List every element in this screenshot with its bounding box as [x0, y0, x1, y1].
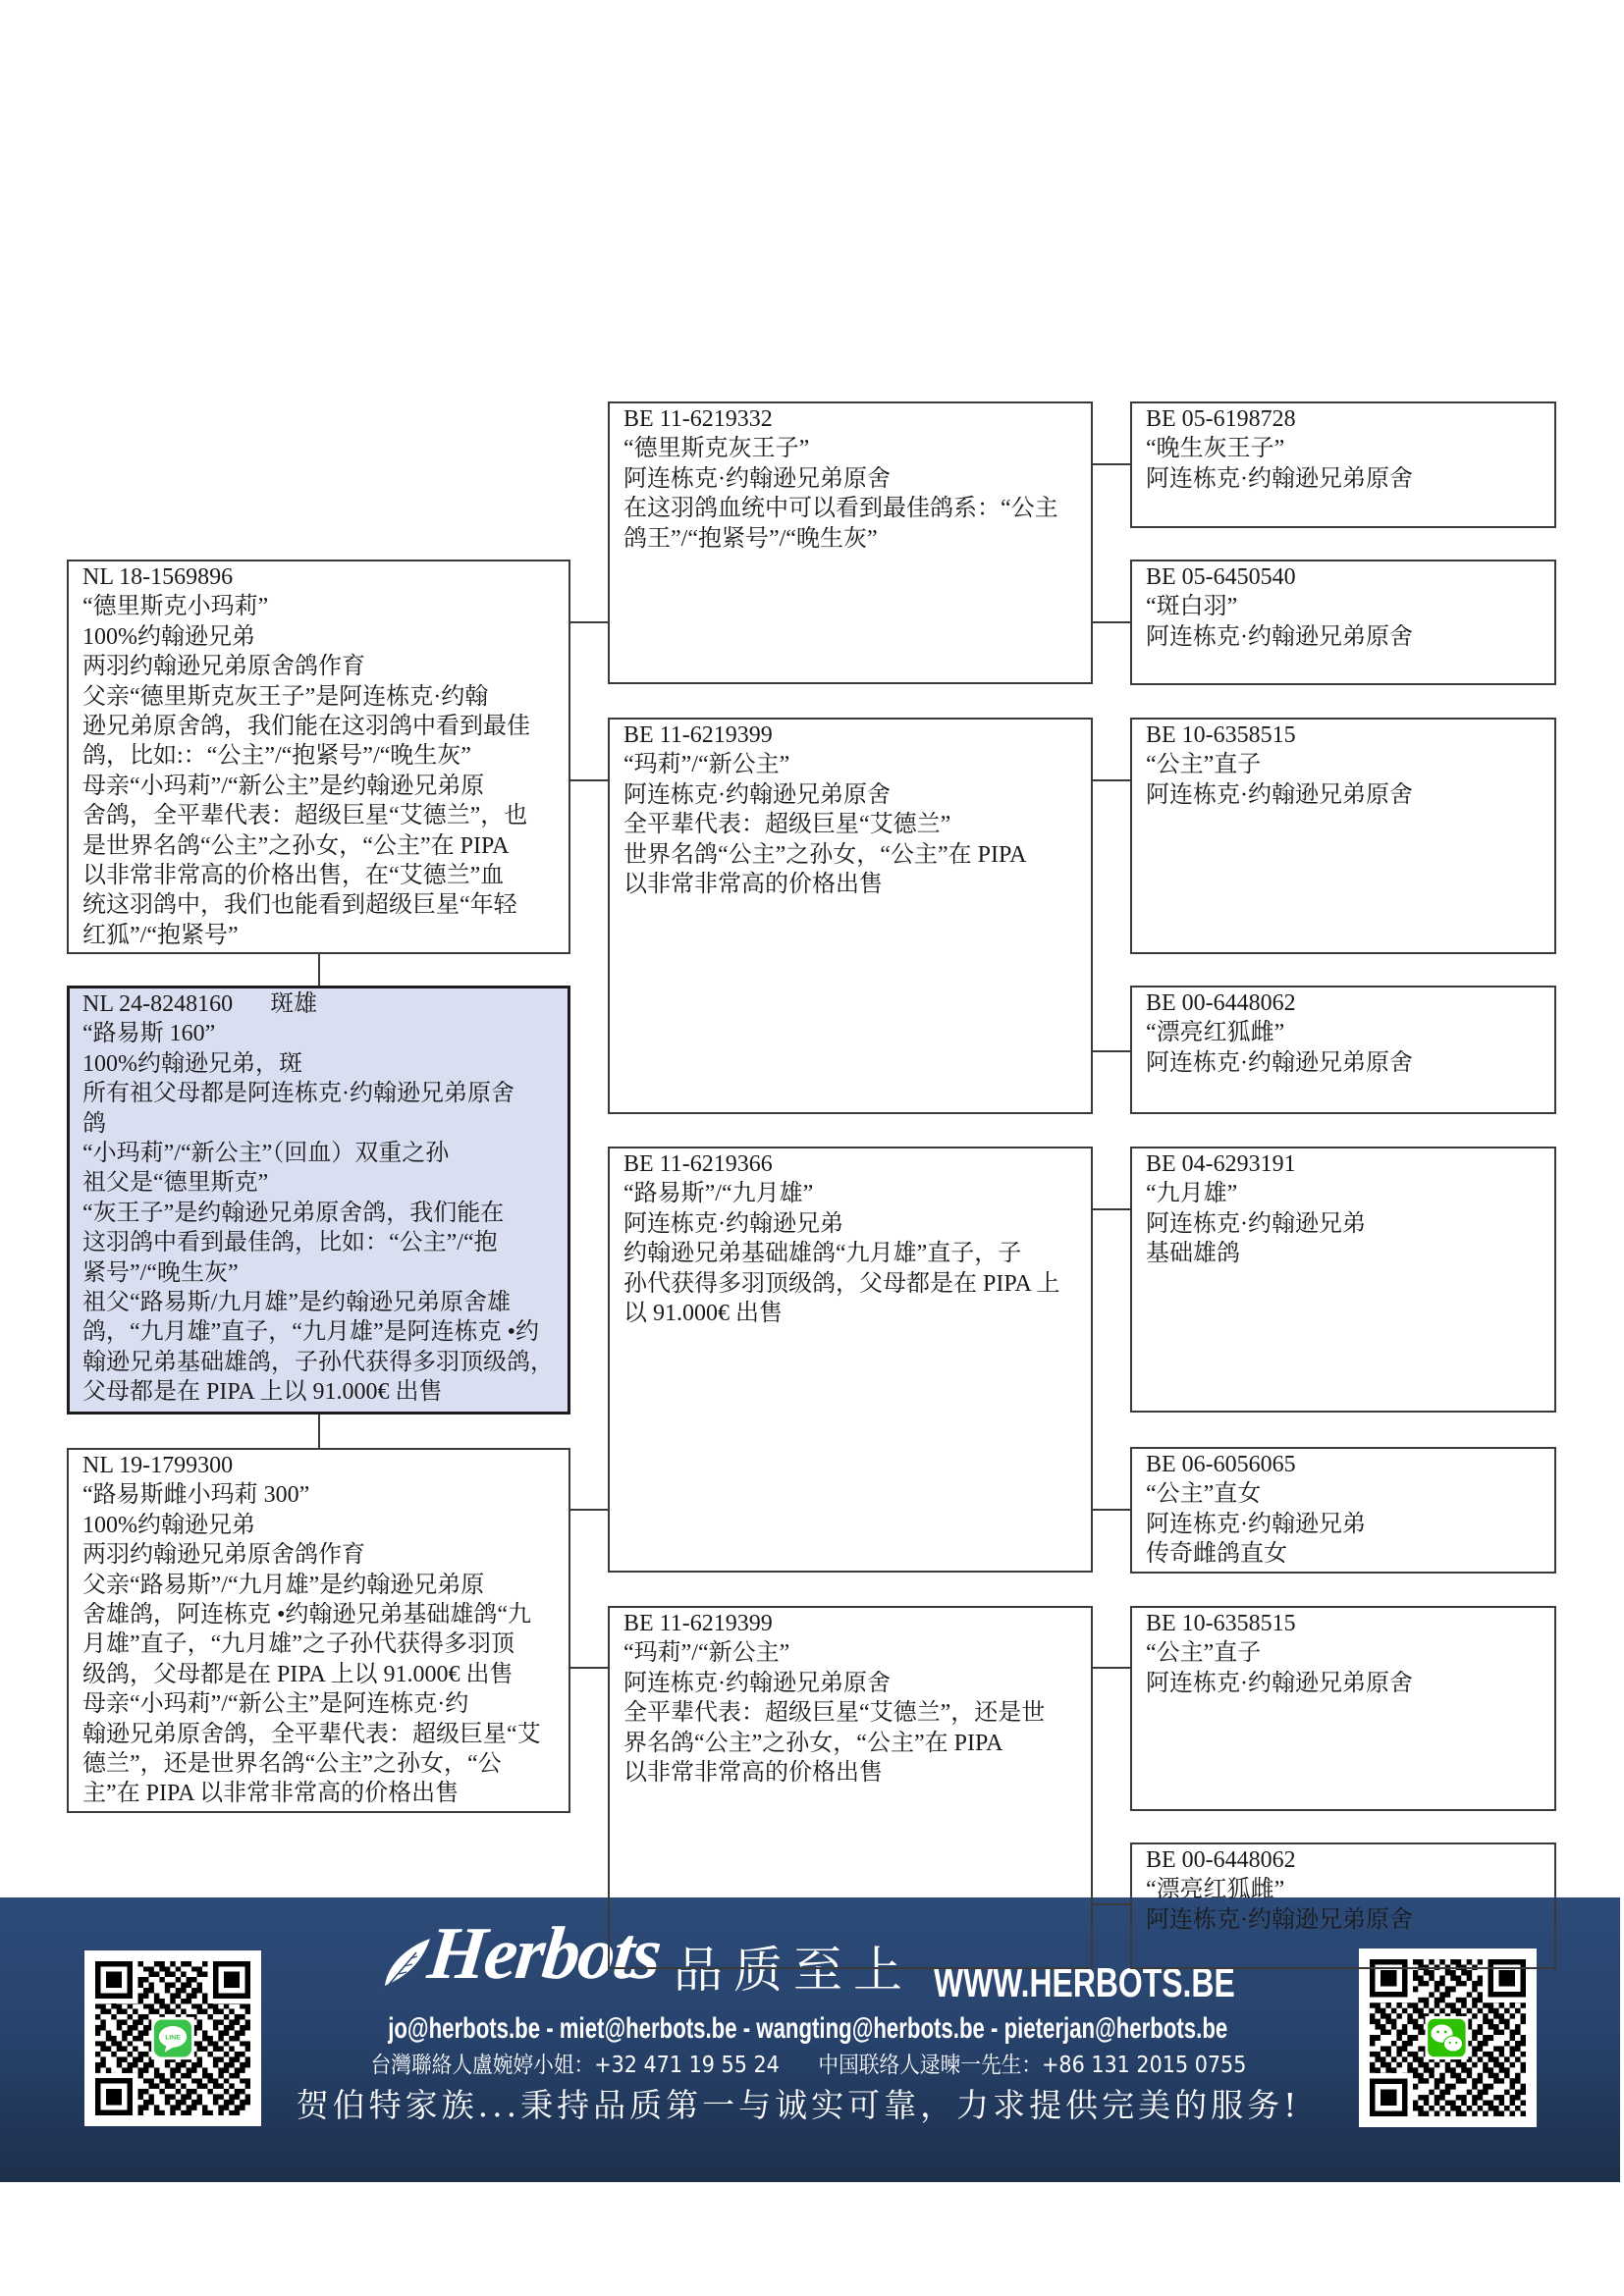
pedigree-line: 孙代获得多羽顶级鸽，父母都是在 PIPA 上	[623, 1269, 1091, 1299]
ring-number: BE 11-6219399	[623, 721, 1091, 750]
pedigree-line: 父亲“德里斯克灰王子”是阿连栋克·约翰	[82, 682, 568, 712]
connector-line	[1092, 1667, 1131, 1669]
pedigree-line: 阿连栋克·约翰逊兄弟原舍	[1146, 1048, 1554, 1078]
connector-line	[570, 1667, 609, 1669]
pigeon-name: “玛莉”/“新公主”	[623, 750, 1091, 779]
pigeon-name: “晚生灰王子”	[1146, 434, 1554, 463]
ring-number: BE 11-6219399	[623, 1609, 1091, 1638]
pedigree-line: 阿连栋克·约翰逊兄弟原舍	[623, 780, 1091, 810]
pedigree-box-great-grandparent-3: BE 10-6358515 “公主”直子 阿连栋克·约翰逊兄弟原舍	[1130, 718, 1556, 954]
pedigree-page: LINE Herbots 品质至上 WWW.HERBOTS.BE jo@herb…	[0, 0, 1624, 2296]
pigeon-name: “公主”直女	[1146, 1479, 1554, 1509]
color-sex-label: 斑雄	[270, 991, 317, 1017]
connector-line	[1092, 1208, 1131, 1210]
pedigree-line: 红狐”/“抱紧号”	[82, 921, 568, 950]
pedigree-line: 阿连栋克·约翰逊兄弟原舍	[1146, 464, 1554, 494]
pedigree-line: 主”在 PIPA 以非常非常高的价格出售	[82, 1779, 568, 1808]
connector-line	[1092, 621, 1131, 623]
pedigree-line: 级鸽，父母都是在 PIPA 上以 91.000€ 出售	[82, 1660, 568, 1689]
pigeon-name: “路易斯”/“九月雄”	[623, 1179, 1091, 1208]
ring-number: NL 24-8248160	[82, 991, 233, 1017]
pedigree-line: 全平辈代表：超级巨星“艾德兰”，还是世	[623, 1698, 1091, 1728]
pigeon-name: “德里斯克小玛莉”	[82, 592, 568, 621]
pedigree-line: 以 91.000€ 出售	[623, 1299, 1091, 1328]
pedigree-box-great-grandparent-2: BE 05-6450540 “斑白羽” 阿连栋克·约翰逊兄弟原舍	[1130, 560, 1556, 685]
ring-number: NL 19-1799300	[82, 1451, 568, 1480]
pedigree-line: 逊兄弟原舍鸽，我们能在这羽鸽中看到最佳	[82, 712, 568, 741]
pigeon-name: “九月雄”	[1146, 1179, 1554, 1208]
connector-line	[318, 1415, 320, 1448]
pedigree-box-grandparent-3: BE 11-6219366 “路易斯”/“九月雄” 阿连栋克·约翰逊兄弟 约翰逊…	[608, 1147, 1093, 1573]
pigeon-name: “公主”直子	[1146, 750, 1554, 779]
connector-line	[570, 621, 609, 623]
pedigree-box-great-grandparent-5: BE 04-6293191 “九月雄” 阿连栋克·约翰逊兄弟 基础雄鸽	[1130, 1147, 1556, 1413]
pedigree-line: 母亲“小玛莉”/“新公主”是约翰逊兄弟原	[82, 772, 568, 801]
pedigree-line: 以非常非常高的价格出售，在“艾德兰”血	[82, 861, 568, 890]
pedigree-tree: NL 18-1569896 “德里斯克小玛莉” 100%约翰逊兄弟 两羽约翰逊兄…	[0, 0, 1624, 2296]
pigeon-name: “玛莉”/“新公主”	[623, 1638, 1091, 1668]
connector-line	[570, 779, 609, 781]
pedigree-box-great-grandparent-4: BE 00-6448062 “漂亮红狐雌” 阿连栋克·约翰逊兄弟原舍	[1130, 986, 1556, 1114]
connector-line	[570, 1509, 609, 1511]
pedigree-line: 在这羽鸽血统中可以看到最佳鸽系：“公主	[623, 494, 1091, 523]
pedigree-line: 鸽，比如:：“公主”/“抱紧号”/“晚生灰”	[82, 741, 568, 771]
pedigree-line: 约翰逊兄弟基础雄鸽“九月雄”直子，子	[623, 1239, 1091, 1268]
pigeon-name: “漂亮红狐雌”	[1146, 1018, 1554, 1047]
pigeon-name: “路易斯雌小玛莉 300”	[82, 1480, 568, 1510]
connector-line	[318, 954, 320, 986]
connector-line	[1092, 1903, 1131, 1905]
pigeon-name: “斑白羽”	[1146, 592, 1554, 621]
pedigree-line: 阿连栋克·约翰逊兄弟原舍	[623, 1669, 1091, 1698]
pedigree-line: 月雄”直子，“九月雄”之子孙代获得多羽顶	[82, 1629, 568, 1659]
pedigree-line: 鸽，“九月雄”直子，“九月雄”是阿连栋克 •约	[82, 1317, 568, 1347]
pedigree-box-great-grandparent-1: BE 05-6198728 “晚生灰王子” 阿连栋克·约翰逊兄弟原舍	[1130, 401, 1556, 528]
pedigree-box-great-grandparent-8: BE 00-6448062 “漂亮红狐雌” 阿连栋克·约翰逊兄弟原舍	[1130, 1842, 1556, 1969]
pedigree-box-great-grandparent-6: BE 06-6056065 “公主”直女 阿连栋克·约翰逊兄弟 传奇雌鸽直女	[1130, 1447, 1556, 1574]
pedigree-line: 阿连栋克·约翰逊兄弟原舍	[623, 464, 1091, 494]
pedigree-line: 这羽鸽中看到最佳鸽，比如：“公主”/“抱	[82, 1228, 568, 1257]
pedigree-line: 100%约翰逊兄弟	[82, 622, 568, 652]
pedigree-line: 阿连栋克·约翰逊兄弟	[623, 1209, 1091, 1239]
pedigree-line: 翰逊兄弟基础雄鸽，子孙代获得多羽顶级鸽，	[82, 1348, 568, 1377]
ring-number: BE 11-6219332	[623, 404, 1091, 434]
connector-line	[1092, 1509, 1131, 1511]
ring-number: NL 18-1569896	[82, 562, 568, 592]
pedigree-line: 基础雄鸽	[1146, 1239, 1554, 1268]
pedigree-line: 阿连栋克·约翰逊兄弟原舍	[1146, 1905, 1554, 1935]
pedigree-box-sire: NL 18-1569896 “德里斯克小玛莉” 100%约翰逊兄弟 两羽约翰逊兄…	[67, 560, 570, 954]
pedigree-box-grandparent-2: BE 11-6219399 “玛莉”/“新公主” 阿连栋克·约翰逊兄弟原舍 全平…	[608, 718, 1093, 1114]
pedigree-line: 鸽	[82, 1109, 568, 1139]
pigeon-name: “德里斯克灰王子”	[623, 434, 1091, 463]
pedigree-line: 阿连栋克·约翰逊兄弟原舍	[1146, 780, 1554, 810]
pedigree-line: 祖父“路易斯/九月雄”是约翰逊兄弟原舍雄	[82, 1288, 568, 1317]
pedigree-line: 所有祖父母都是阿连栋克·约翰逊兄弟原舍	[82, 1079, 568, 1108]
pedigree-box-subject: NL 24-8248160斑雄 “路易斯 160” 100%约翰逊兄弟，斑 所有…	[67, 986, 570, 1415]
pedigree-line: 两羽约翰逊兄弟原舍鸽作育	[82, 1540, 568, 1570]
pedigree-box-grandparent-1: BE 11-6219332 “德里斯克灰王子” 阿连栋克·约翰逊兄弟原舍 在这羽…	[608, 401, 1093, 684]
pedigree-box-dam: NL 19-1799300 “路易斯雌小玛莉 300” 100%约翰逊兄弟 两羽…	[67, 1448, 570, 1813]
pedigree-line: 父母都是在 PIPA 上以 91.000€ 出售	[82, 1377, 568, 1407]
pedigree-line: 德兰”，还是世界名鸽“公主”之孙女，“公	[82, 1749, 568, 1779]
pedigree-line: 紧号”/“晚生灰”	[82, 1258, 568, 1288]
ring-number: BE 11-6219366	[623, 1149, 1091, 1179]
pedigree-line: 界名鸽“公主”之孙女，“公主”在 PIPA	[623, 1729, 1091, 1758]
pedigree-line: 舍雄鸽，阿连栋克 •约翰逊兄弟基础雄鸽“九	[82, 1600, 568, 1629]
pedigree-line: 统这羽鸽中，我们也能看到超级巨星“年轻	[82, 890, 568, 920]
pedigree-line: 母亲“小玛莉”/“新公主”是阿连栋克·约	[82, 1689, 568, 1719]
pigeon-name: “漂亮红狐雌”	[1146, 1875, 1554, 1904]
connector-line	[1092, 463, 1131, 465]
pedigree-line: 阿连栋克·约翰逊兄弟原舍	[1146, 622, 1554, 652]
connector-line	[1092, 779, 1131, 781]
pigeon-name: “公主”直子	[1146, 1638, 1554, 1668]
ring-number: BE 00-6448062	[1146, 988, 1554, 1018]
ring-number: BE 10-6358515	[1146, 721, 1554, 750]
ring-number: BE 05-6198728	[1146, 404, 1554, 434]
pedigree-line: 翰逊兄弟原舍鸽，全平辈代表：超级巨星“艾	[82, 1720, 568, 1749]
pedigree-line: 世界名鸽“公主”之孙女，“公主”在 PIPA	[623, 840, 1091, 870]
pedigree-line: 以非常非常高的价格出售	[623, 870, 1091, 899]
subject-header-line: NL 24-8248160斑雄	[82, 989, 568, 1019]
pedigree-line: 祖父是“德里斯克”	[82, 1168, 568, 1198]
pedigree-line: 阿连栋克·约翰逊兄弟	[1146, 1510, 1554, 1539]
connector-line	[1092, 1050, 1131, 1052]
pedigree-box-grandparent-4: BE 11-6219399 “玛莉”/“新公主” 阿连栋克·约翰逊兄弟原舍 全平…	[608, 1606, 1093, 1969]
pedigree-box-great-grandparent-7: BE 10-6358515 “公主”直子 阿连栋克·约翰逊兄弟原舍	[1130, 1606, 1556, 1811]
pedigree-line: 100%约翰逊兄弟	[82, 1511, 568, 1540]
ring-number: BE 05-6450540	[1146, 562, 1554, 592]
pedigree-line: 传奇雌鸽直女	[1146, 1539, 1554, 1569]
pedigree-line: 是世界名鸽“公主”之孙女，“公主”在 PIPA	[82, 831, 568, 861]
pedigree-line: 阿连栋克·约翰逊兄弟	[1146, 1209, 1554, 1239]
pedigree-line: 鸽王”/“抱紧号”/“晚生灰”	[623, 524, 1091, 554]
pedigree-line: 以非常非常高的价格出售	[623, 1758, 1091, 1788]
pigeon-name: “路易斯 160”	[82, 1019, 568, 1048]
pedigree-line: 100%约翰逊兄弟，斑	[82, 1049, 568, 1079]
pedigree-line: 全平辈代表：超级巨星“艾德兰”	[623, 810, 1091, 839]
ring-number: BE 06-6056065	[1146, 1450, 1554, 1479]
pedigree-line: “灰王子”是约翰逊兄弟原舍鸽，我们能在	[82, 1199, 568, 1228]
pedigree-line: 两羽约翰逊兄弟原舍鸽作育	[82, 652, 568, 681]
pedigree-line: “小玛莉”/“新公主”（回血）双重之孙	[82, 1139, 568, 1168]
ring-number: BE 10-6358515	[1146, 1609, 1554, 1638]
ring-number: BE 04-6293191	[1146, 1149, 1554, 1179]
pedigree-line: 舍鸽，全平辈代表：超级巨星“艾德兰”，也	[82, 801, 568, 830]
ring-number: BE 00-6448062	[1146, 1845, 1554, 1875]
pedigree-line: 阿连栋克·约翰逊兄弟原舍	[1146, 1669, 1554, 1698]
pedigree-line: 父亲“路易斯”/“九月雄”是约翰逊兄弟原	[82, 1571, 568, 1600]
